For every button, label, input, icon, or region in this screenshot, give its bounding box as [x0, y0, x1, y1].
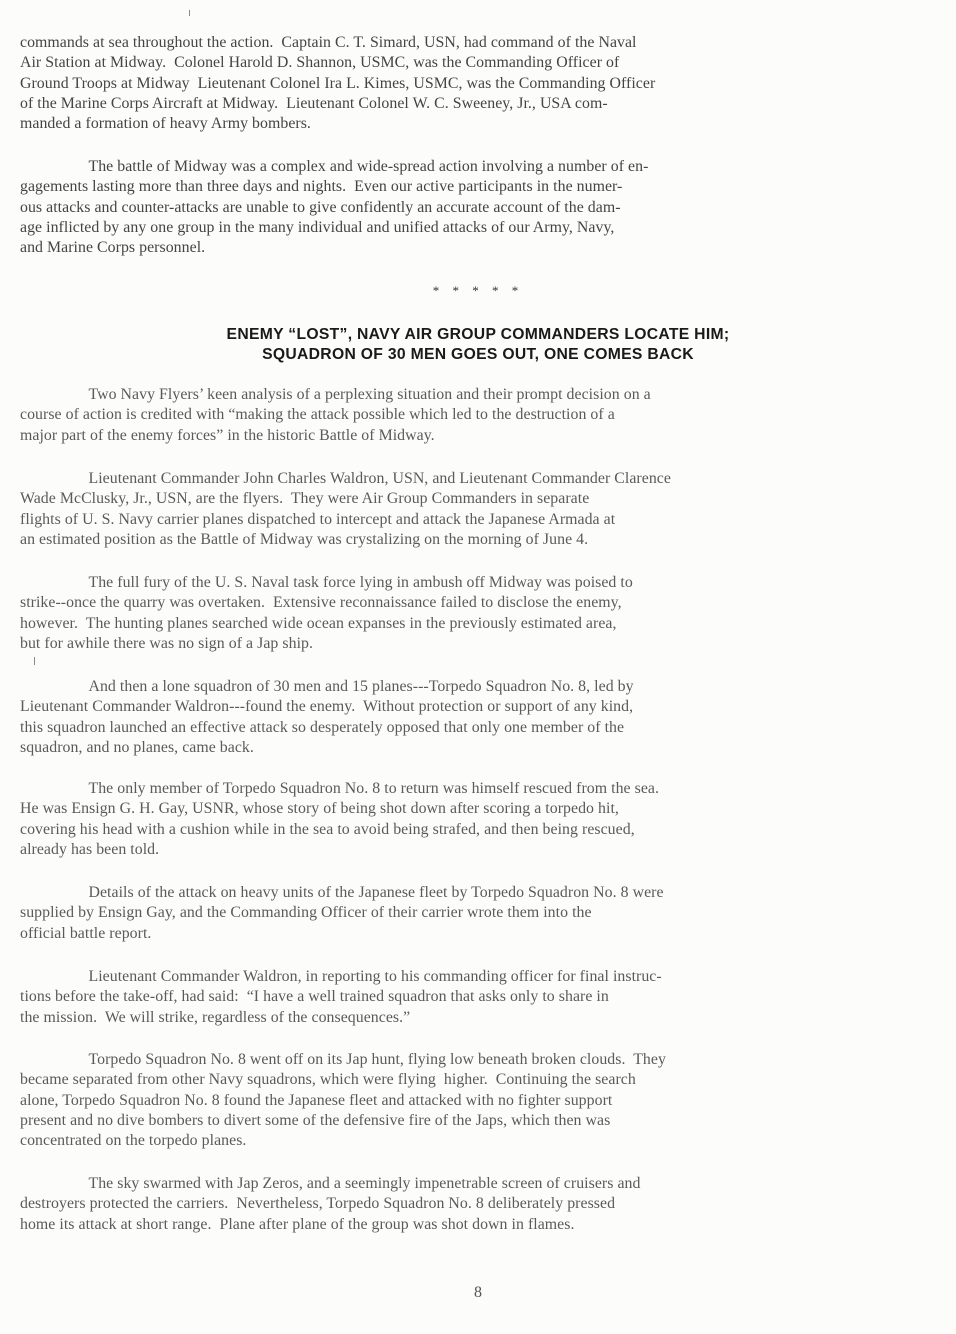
text-line: ous attacks and counter-attacks are unab…: [20, 197, 920, 217]
paragraph-task-force: The full fury of the U. S. Naval task fo…: [20, 572, 940, 653]
paragraph-flyers: Lieutenant Commander John Charles Waldro…: [20, 468, 940, 549]
text-line: The only member of Torpedo Squadron No. …: [20, 778, 920, 798]
text-line: this squadron launched an effective atta…: [20, 717, 920, 737]
scan-mark: [189, 10, 190, 16]
text-line: manded a formation of heavy Army bombers…: [20, 113, 920, 133]
text-line: commands at sea throughout the action. C…: [20, 32, 920, 52]
text-line: Wade McClusky, Jr., USN, are the flyers.…: [20, 488, 920, 508]
page-number: 8: [0, 1284, 956, 1302]
paragraph-battle-report: Details of the attack on heavy units of …: [20, 882, 940, 943]
paragraph-lead: Two Navy Flyers’ keen analysis of a perp…: [20, 384, 940, 445]
text-line: Ground Troops at Midway Lieutenant Colon…: [20, 73, 920, 93]
paragraph-continuation: commands at sea throughout the action. C…: [20, 32, 940, 133]
text-line: but for awhile there was no sign of a Ja…: [20, 633, 920, 653]
text-line: the mission. We will strike, regardless …: [20, 1007, 920, 1027]
text-line: of the Marine Corps Aircraft at Midway. …: [20, 93, 920, 113]
text-line: Two Navy Flyers’ keen analysis of a perp…: [20, 384, 920, 404]
text-line: The battle of Midway was a complex and w…: [20, 156, 920, 176]
text-line: Details of the attack on heavy units of …: [20, 882, 920, 902]
headline-line-1: ENEMY “LOST”, NAVY AIR GROUP COMMANDERS …: [0, 325, 956, 345]
text-line: Lieutenant Commander Waldron---found the…: [20, 696, 920, 716]
text-line: course of action is credited with “makin…: [20, 404, 920, 424]
text-line: strike--once the quarry was overtaken. E…: [20, 592, 920, 612]
paragraph-ensign-gay: The only member of Torpedo Squadron No. …: [20, 778, 940, 859]
text-line: Lieutenant Commander John Charles Waldro…: [20, 468, 920, 488]
text-line: And then a lone squadron of 30 men and 1…: [20, 676, 920, 696]
text-line: home its attack at short range. Plane af…: [20, 1214, 920, 1234]
text-line: squadron, and no planes, came back.: [20, 737, 920, 757]
text-line: Lieutenant Commander Waldron, in reporti…: [20, 966, 920, 986]
text-line: became separated from other Navy squadro…: [20, 1069, 920, 1089]
text-line: The full fury of the U. S. Naval task fo…: [20, 572, 920, 592]
text-line: He was Ensign G. H. Gay, USNR, whose sto…: [20, 798, 920, 818]
text-line: and Marine Corps personnel.: [20, 237, 920, 257]
text-line: an estimated position as the Battle of M…: [20, 529, 920, 549]
text-line: age inflicted by any one group in the ma…: [20, 217, 920, 237]
section-separator: * * * * *: [0, 283, 956, 299]
article-headline: ENEMY “LOST”, NAVY AIR GROUP COMMANDERS …: [0, 325, 956, 365]
text-line: major part of the enemy forces” in the h…: [20, 425, 920, 445]
paragraph-waldron-quote: Lieutenant Commander Waldron, in reporti…: [20, 966, 940, 1027]
text-line: flights of U. S. Navy carrier planes dis…: [20, 509, 920, 529]
scan-mark: [34, 657, 35, 665]
paragraph-jap-hunt: Torpedo Squadron No. 8 went off on its J…: [20, 1049, 940, 1150]
text-line: Air Station at Midway. Colonel Harold D.…: [20, 52, 920, 72]
text-line: Torpedo Squadron No. 8 went off on its J…: [20, 1049, 920, 1069]
text-line: however. The hunting planes searched wid…: [20, 613, 920, 633]
text-line: destroyers protected the carriers. Never…: [20, 1193, 920, 1213]
text-line: covering his head with a cushion while i…: [20, 819, 920, 839]
text-line: tions before the take-off, had said: “I …: [20, 986, 920, 1006]
paragraph-battle-overview: The battle of Midway was a complex and w…: [20, 156, 940, 257]
text-line: The sky swarmed with Jap Zeros, and a se…: [20, 1173, 920, 1193]
document-page: commands at sea throughout the action. C…: [0, 0, 956, 1334]
paragraph-zeros: The sky swarmed with Jap Zeros, and a se…: [20, 1173, 940, 1234]
text-line: official battle report.: [20, 923, 920, 943]
headline-line-2: SQUADRON OF 30 MEN GOES OUT, ONE COMES B…: [0, 345, 956, 365]
text-line: alone, Torpedo Squadron No. 8 found the …: [20, 1090, 920, 1110]
paragraph-lone-squadron: And then a lone squadron of 30 men and 1…: [20, 676, 940, 757]
text-line: already has been told.: [20, 839, 920, 859]
text-line: concentrated on the torpedo planes.: [20, 1130, 920, 1150]
text-line: gagements lasting more than three days a…: [20, 176, 920, 196]
text-line: present and no dive bombers to divert so…: [20, 1110, 920, 1130]
text-line: supplied by Ensign Gay, and the Commandi…: [20, 902, 920, 922]
